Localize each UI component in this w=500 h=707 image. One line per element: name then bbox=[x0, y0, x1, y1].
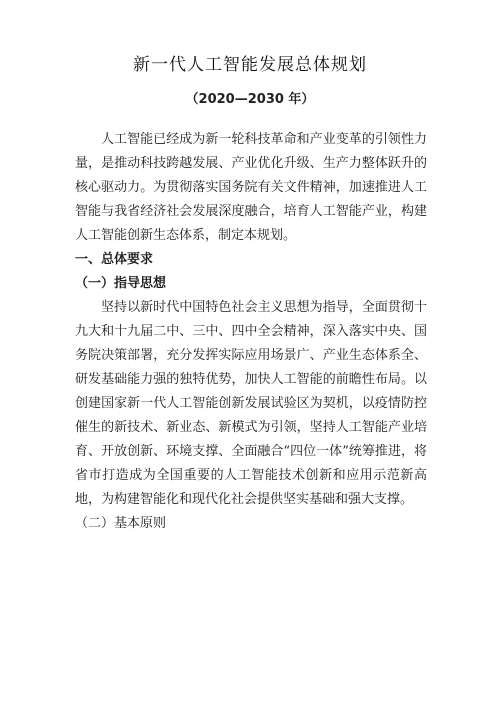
intro-paragraph: 人工智能已经成为新一轮科技革命和产业变革的引领性力量，是推动科技跨越发展、产业优… bbox=[75, 128, 427, 248]
guiding-ideology-paragraph: 坚持以新时代中国特色社会主义思想为指导，全面贯彻十九大和十九届二中、三中、四中全… bbox=[75, 296, 427, 512]
document-body: 人工智能已经成为新一轮科技革命和产业变革的引领性力量，是推动科技跨越发展、产业优… bbox=[75, 128, 427, 536]
subsection-heading-guiding-ideology: （一）指导思想 bbox=[75, 272, 427, 296]
section-heading: 一、总体要求 bbox=[75, 248, 427, 272]
document-subtitle: （2020—2030 年） bbox=[0, 88, 500, 107]
document-title: 新一代人工智能发展总体规划 bbox=[0, 50, 500, 75]
subsection-heading-basic-principles: （二）基本原则 bbox=[75, 512, 427, 536]
document-page: 新一代人工智能发展总体规划 （2020—2030 年） 人工智能已经成为新一轮科… bbox=[0, 0, 500, 707]
